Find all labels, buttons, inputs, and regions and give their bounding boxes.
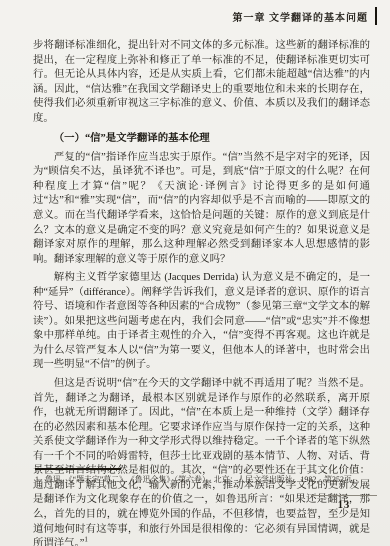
- page-number: 13: [311, 500, 377, 511]
- paragraph-continuation: 步将翻译标准细化，提出针对不同文体的多元标准。这些新的翻译标准的提出，在一定程度…: [33, 39, 370, 126]
- section-heading: （一）“信”是文学翻译的基本伦理: [33, 132, 370, 147]
- footnote-text: 鲁迅，《“题未定”草二》，《鲁迅全集》（第六卷），北京：人民文学出版社，1982…: [45, 475, 360, 485]
- page-number-block: 13: [311, 495, 377, 511]
- page-number-rule: [311, 495, 377, 496]
- running-head: 第一章 文学翻译的基本问题: [233, 7, 378, 25]
- footnote: 1 鲁迅，《“题未定”草二》，《鲁迅全集》（第六卷），北京：人民文学出版社，19…: [35, 475, 370, 485]
- header-rule: [375, 7, 377, 25]
- paragraph-xin-today-text: 但这是否说明“信”在今天的文学翻译中就不再适用了呢？当然不是。首先，翻译之为翻译…: [33, 378, 370, 546]
- chapter-title: 第一章 文学翻译的基本问题: [233, 9, 369, 24]
- footnote-marker: 1: [35, 475, 39, 485]
- paragraph-derrida: 解构主义哲学家德里达 (Jacques Derrida) 认为意义是不确定的，是…: [33, 271, 370, 373]
- book-page: 第一章 文学翻译的基本问题 步将翻译标准细化，提出针对不同文体的多元标准。这些新…: [0, 0, 390, 546]
- paragraph-yanfu-xin: 严复的“信”指译作应当忠实于原作。“信”当然不是字对字的死译，因为“顾信矣不达，…: [33, 151, 370, 267]
- paragraph-xin-today: 但这是否说明“信”在今天的文学翻译中就不再适用了呢？当然不是。首先，翻译之为翻译…: [33, 377, 370, 546]
- footnote-reference: 1: [84, 536, 88, 544]
- footnote-separator: [35, 468, 121, 470]
